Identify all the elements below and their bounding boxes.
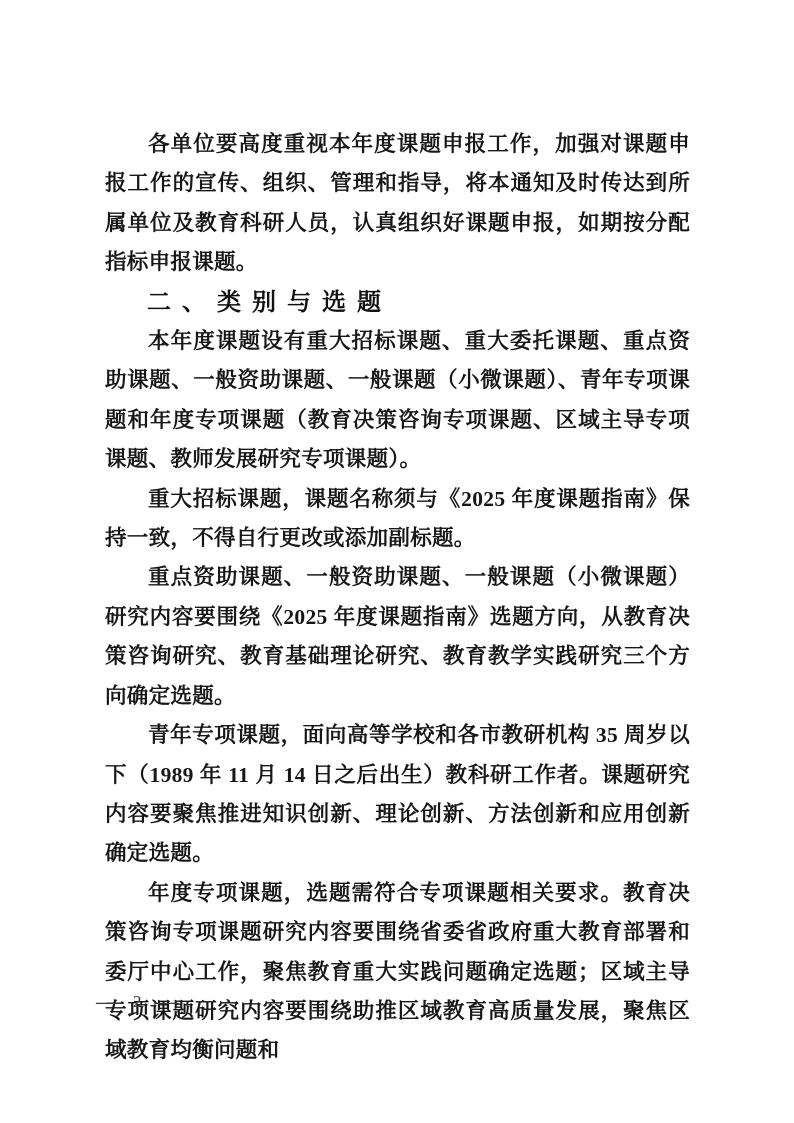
paragraph-application-emphasis: 各单位要高度重视本年度课题申报工作，加强对课题申报工作的宣传、组织、管理和指导，… [105,125,690,283]
paragraph-youth-special-topics: 青年专项课题，面向高等学校和各市教研机构 35 周岁以下（1989 年 11 月… [105,716,690,874]
paragraph-topic-categories: 本年度课题设有重大招标课题、重大委托课题、重点资助课题、一般资助课题、一般课题（… [105,322,690,480]
paragraph-key-funded-topics: 重点资助课题、一般资助课题、一般课题（小微课题）研究内容要围绕《2025 年度课… [105,558,690,716]
document-page: 各单位要高度重视本年度课题申报工作，加强对课题申报工作的宣传、组织、管理和指导，… [0,0,794,1123]
page-number: — 2 — [96,988,179,1016]
page-number-value: 2 [133,988,142,1016]
paragraph-annual-special-topics: 年度专项课题，选题需符合专项课题相关要求。教育决策咨询专项课题研究内容要围绕省委… [105,874,690,1071]
section-heading-categories: 二、类别与选题 [105,283,690,322]
page-number-right-dash: — [155,988,179,1016]
paragraph-major-bid-topics: 重大招标课题，课题名称须与《2025 年度课题指南》保持一致，不得自行更改或添加… [105,480,690,559]
page-number-left-dash: — [96,988,120,1016]
document-body: 各单位要高度重视本年度课题申报工作，加强对课题申报工作的宣传、组织、管理和指导，… [105,125,690,1071]
